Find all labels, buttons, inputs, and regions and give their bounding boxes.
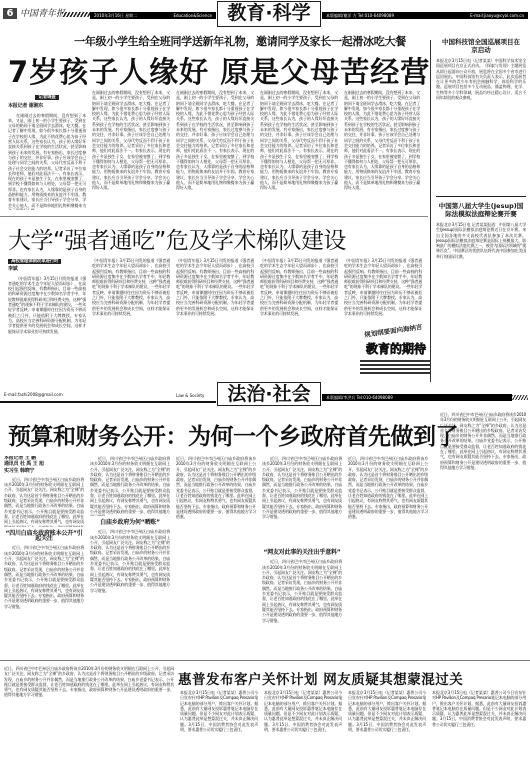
article4-text-col1: 本报北京3月15日电（记者某某）惠普公司今日宣布针对HP Pavilion及Co… (180, 690, 258, 763)
article3-byline-3: 实习生 韩晓宁 (4, 469, 84, 474)
article4-text-col2: 本报北京3月15日电（记者某某）惠普公司今日宣布针对HP Pavilion及Co… (264, 690, 342, 763)
article2-column-label: 高校管理体制改革进行时 (8, 259, 61, 264)
mid-english-section: Law & Society (176, 393, 204, 398)
column-divider (430, 40, 431, 382)
article2-headline: 大学“强者通吃”危及学术梯队建设 (8, 222, 428, 255)
article3-text-col3: 近日，四川省巴中市巴州区白庙乡政府将该乡2010年3月份的财务收支明细在互联网上… (176, 456, 256, 642)
article3-text-col1: 近日，四川省巴中市巴州区白庙乡政府将该乡2010年3月份的财务收支明细在互联网上… (4, 477, 84, 527)
mid-section-title-box: 法治·社会 (217, 382, 321, 406)
article4-text-col3: 本报北京3月15日电（记者某某）惠普公司今日宣布针对HP Pavilion及Co… (348, 690, 426, 763)
mid-section-title: 法治·社会 (227, 383, 310, 405)
article3-body: 本报记者 王 鹏 通讯员 杜 禹 王 旭 实习生 韩晓宁 近日，四川省巴中市巴州… (4, 456, 434, 642)
article2-text-col4: 《中国青年报》3月15日刊发的报道《强者通吃的学术生态令年轻人望而却步》，在高校… (260, 258, 338, 318)
article4-headline: 惠普发布客户关怀计划 网友质疑其想蒙混过关 (178, 668, 528, 688)
header-bar-right: 本版编辑/谢洋 方 Tel:010-64098089 E-mail:jiaoyu… (322, 12, 528, 19)
article1-kicker: 一年级小学生给全班同学送新年礼物，邀请同学及家长一起滑冰吃大餐 (55, 33, 425, 49)
article4-left-text: 近日，四川省巴中市巴州区白庙乡政府将该乡2010年3月份的财务收支明细在互联网上… (4, 666, 174, 763)
page-number: 6 (3, 8, 17, 19)
mid-header: E-mail:fazhi2008@gmail.com Law & Society… (0, 382, 530, 406)
logo-stripes-icon (360, 360, 430, 376)
editor-info: 本版编辑/谢洋 方 Tel:010-64098089 (326, 13, 394, 18)
sidebar1-body: 本报北京3月15日电（记者某某）中国科学技术馆全国巡展项目在京正式启动。《探索与… (436, 58, 526, 178)
article2-text-col3: 《中国青年报》3月15日刊发的报道《强者通吃的学术生态令年轻人望而却步》，在高校… (176, 258, 254, 380)
top-header: 6 中国青年报 2010年3月16日 星期二 Education&Science… (0, 0, 530, 30)
section-title: 教育·科学 (227, 2, 310, 24)
article1-headline: 7岁孩子人缘好 原是父母苦经营 (8, 50, 428, 91)
sidebar2: 中国第八届大学生(Jesup)国际法模拟法庭辩论赛开赛 本报北京3月15日电 记… (436, 202, 526, 382)
logo-top-text: 规划纲要面向海纳言 (364, 322, 423, 339)
sidebar-divider (436, 196, 526, 197)
email-address: E-mail:jiaoyu@cyol.com.cn (470, 12, 524, 19)
sidebar2-headline: 中国第八届大学生(Jesup)国际法模拟法庭辩论赛开赛 (436, 202, 526, 218)
article2-text-col2: 《中国青年报》3月15日刊发的报道《强者通吃的学术生态令年轻人望而却步》，在高校… (92, 258, 170, 380)
mid-editor-info: 本版编辑/李洪兵 Tel:010-64098089 (326, 395, 393, 400)
sidebar1-headline: 中国科技馆全国巡展项目在京启动 (436, 38, 526, 54)
article3-text-col2b: 近日，四川省巴中市巴州区白庙乡政府将该乡2010年3月份的财务收支明细在互联网上… (90, 529, 170, 593)
article4-text-col4: 本报北京3月15日电（记者某某）惠普公司今日宣布针对HP Pavilion及Co… (432, 690, 526, 763)
article3-text-right: 近日，四川省巴中市巴州区白庙乡政府将该乡2010年3月份的财务收支明细在互联网上… (440, 412, 526, 640)
mid-header-bar: 本版编辑/李洪兵 Tel:010-64098089 (322, 394, 512, 401)
education-logo-banner: 规划纲要面向海纳言 教育的期待 (360, 322, 430, 380)
article3-subhead2: 白庙乡政府为何“晒账” (90, 520, 170, 525)
issue-date: 2010年3月16日 星期二 (94, 13, 137, 18)
article1-text-col2: 在刚刚过去的寒假期间，没有想到了本来，又是，刚上初一的小学生要孩子，受到在父母的… (92, 90, 170, 210)
article3-subhead1: “四川白庙乡政府账本公开”引起关注 (4, 531, 84, 542)
article3-headline: 预算和财务公开：为何一个乡政府首先做到了 (8, 418, 438, 451)
article1-byline: 本报记者 谢湘东 (8, 104, 86, 109)
mid-header-rule (0, 401, 216, 403)
logo-main-text: 教育的期待 (366, 340, 426, 357)
masthead-logo: 中国青年报 (20, 6, 65, 19)
column-label: 记者调查 (35, 95, 58, 100)
article3-text-col2: 近日，四川省巴中市巴州区白庙乡政府将该乡2010年3月份的财务收支明细在互联网上… (90, 456, 170, 516)
bottom-separator (0, 660, 530, 661)
article2-text-col1: 《中国青年报》3月15日刊发的报道《强者通吃的学术生态令年轻人望而却步》，在高校… (8, 276, 86, 334)
mid-email: E-mail:fazhi2008@gmail.com (4, 392, 63, 397)
sidebar2-body: 本报北京3月15日电 记者某某报道：中国第八届大学生(Jessup)国际法模拟法… (436, 222, 526, 372)
mid-slash-decoration (512, 395, 528, 400)
article3-text-col4b: 近日，四川省巴中市巴州区白庙乡政府将该乡2010年3月份的财务收支明细在互联网上… (262, 559, 342, 623)
article1-text-col3: 在刚刚过去的寒假期间，没有想到了本来，又是，刚上初一的小学生要孩子，受到在父母的… (176, 90, 254, 210)
article2-text-col5: 《中国青年报》3月15日刊发的报道《强者通吃的学术生态令年轻人望而却步》，在高校… (344, 258, 422, 318)
sidebar1: 中国科技馆全国巡展项目在京启动 本报北京3月15日电（记者某某）中国科学技术馆全… (436, 38, 526, 188)
article2-byline: 李斌 (8, 267, 86, 272)
article3-text-col5: 近日，四川省巴中市巴州区白庙乡政府将该乡2010年3月份的财务收支明细在互联网上… (348, 456, 428, 642)
english-section: Education&Science (173, 12, 212, 19)
article-separator (0, 216, 428, 217)
article3-byline-2: 通讯员 杜 禹 王 旭 (4, 462, 84, 467)
article1-text-col4: 在刚刚过去的寒假期间，没有想到了本来，又是，刚上初一的小学生要孩子，受到在父母的… (260, 90, 338, 210)
header-bar-left: 2010年3月16日 星期二 Education&Science (90, 12, 216, 19)
section-title-box: 教育·科学 (217, 1, 321, 27)
article3-text-col1b: 近日，四川省巴中市巴州区白庙乡政府将该乡2010年3月份的财务收支明细在互联网上… (4, 545, 84, 609)
article3-text-col4: 近日，四川省巴中市巴州区白庙乡政府将该乡2010年3月份的财务收支明细在互联网上… (262, 456, 342, 546)
article1-text-col1: 在刚刚过去的寒假期间，没有想到了本来，又是，刚上初一的小学生要孩子，受到在父母的… (8, 113, 86, 210)
slash-decoration (62, 12, 90, 17)
article3-subhead3: “网友对此事的关注出乎意料” (262, 550, 342, 555)
article1-text-col5: 在刚刚过去的寒假期间，没有想到了本来，又是，刚上初一的小学生要孩子，受到在父母的… (344, 90, 420, 210)
article1-body: 记者调查 本报记者 谢湘东 在刚刚过去的寒假期间，没有想到了本来，又是，刚上初一… (8, 90, 420, 210)
